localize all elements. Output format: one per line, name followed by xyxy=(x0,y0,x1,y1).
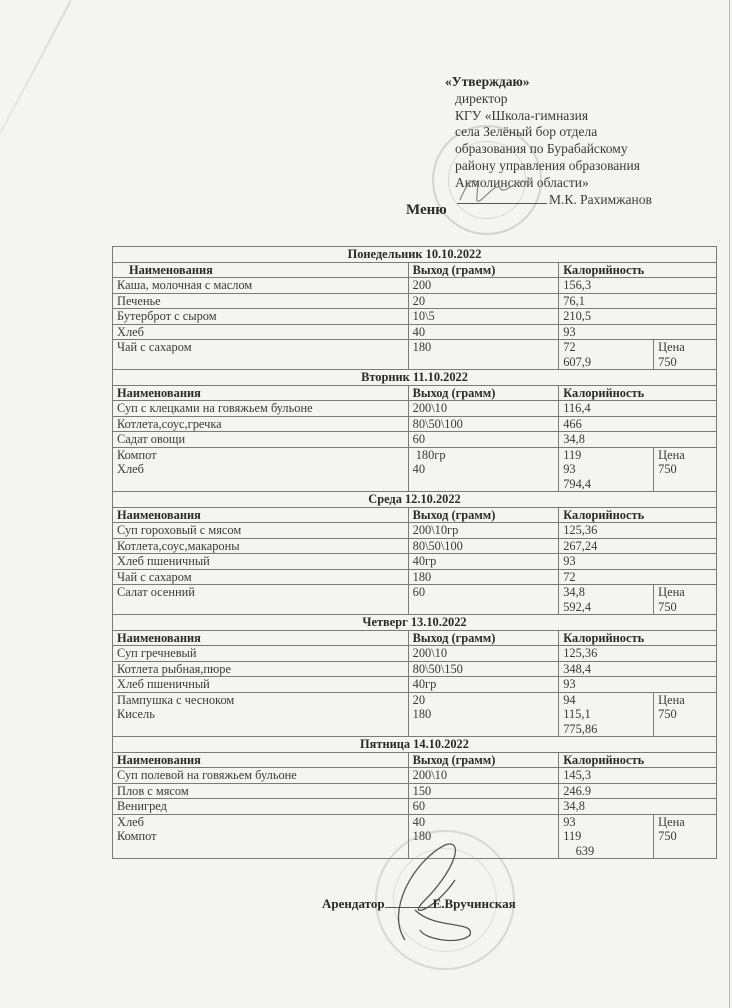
cell-text: 145,3 xyxy=(563,768,712,783)
cell-text: 93 xyxy=(563,325,712,340)
table-row: Котлета рыбная,пюре80\50\150348,4 xyxy=(113,661,717,677)
dish-calories: 125,36 xyxy=(559,646,717,662)
dish-yield: 20 xyxy=(408,293,559,309)
table-row: Венигред6034,8 xyxy=(113,799,717,815)
table-row: Хлеб4093 xyxy=(113,324,717,340)
cell-text: 34,8 xyxy=(563,585,649,600)
cell-text: 246.9 xyxy=(563,784,712,799)
tenant-name: Е.Вручинская xyxy=(433,896,516,911)
column-header-calories: Калорийность xyxy=(559,385,717,401)
column-header-yield: Выход (грамм) xyxy=(408,752,559,768)
cell-text: 116,4 xyxy=(563,401,712,416)
table-row: Каша, молочная с маслом200156,3 xyxy=(113,278,717,294)
approval-line: образования по Бурабайскому xyxy=(445,141,652,158)
cell-text: Печенье xyxy=(117,294,404,309)
price-cell: Цена750 xyxy=(654,447,717,492)
dish-yield: 200\10 xyxy=(408,401,559,417)
column-header-row: НаименованияВыход (грамм)Калорийность xyxy=(113,630,717,646)
table-row: Хлеб пшеничный40гр93 xyxy=(113,677,717,693)
dish-yield: 40гр xyxy=(408,554,559,570)
table-row: Суп полевой на говяжьем бульоне200\10145… xyxy=(113,768,717,784)
cell-text: 34,8 xyxy=(563,432,712,447)
table-row-with-total: Пампушка с чеснокомКисель2018094115,1775… xyxy=(113,692,717,737)
cell-text: Цена xyxy=(658,585,712,600)
approval-line: села Зелёный бор отдела xyxy=(445,124,652,141)
cell-text: 76,1 xyxy=(563,294,712,309)
dish-name: Хлеб пшеничный xyxy=(113,554,409,570)
dish-calories-total: 11993794,4 xyxy=(559,447,654,492)
dish-name: Садат овощи xyxy=(113,432,409,448)
dish-calories: 210,5 xyxy=(559,309,717,325)
cell-text: Плов с мясом xyxy=(117,784,404,799)
cell-text: 180гр xyxy=(413,448,555,463)
cell-text: 20 xyxy=(413,294,555,309)
day-header-row: Среда 12.10.2022 xyxy=(113,492,717,508)
cell-text: 72 xyxy=(563,570,712,585)
cell-text: Венигред xyxy=(117,799,404,814)
dish-name: Суп гороховый с мясом xyxy=(113,523,409,539)
cell-text: 10\5 xyxy=(413,309,555,324)
dish-yield: 200 xyxy=(408,278,559,294)
price-cell: Цена750 xyxy=(654,814,717,859)
table-row: Суп с клецками на говяжьем бульоне200\10… xyxy=(113,401,717,417)
column-header-row: НаименованияВыход (грамм)Калорийность xyxy=(113,752,717,768)
dish-calories: 93 xyxy=(559,554,717,570)
cell-text: 93 xyxy=(563,554,712,569)
cell-text: 93 xyxy=(563,462,649,477)
cell-text: 20 xyxy=(413,693,555,708)
cell-text: 180 xyxy=(413,707,555,722)
cell-text: Пампушка с чесноком xyxy=(117,693,404,708)
cell-text: 40гр xyxy=(413,554,555,569)
cell-text: 200 xyxy=(413,278,555,293)
cell-text: 750 xyxy=(658,829,712,844)
day-title: Вторник 11.10.2022 xyxy=(113,370,717,386)
dish-name: Суп полевой на говяжьем бульоне xyxy=(113,768,409,784)
column-header-calories: Калорийность xyxy=(559,630,717,646)
cell-text: Суп гречневый xyxy=(117,646,404,661)
cell-text: 72 xyxy=(563,340,649,355)
cell-text: Котлета рыбная,пюре xyxy=(117,662,404,677)
cell-text: 125,36 xyxy=(563,646,712,661)
dish-yield: 20180 xyxy=(408,692,559,737)
cell-text: 750 xyxy=(658,707,712,722)
dish-name: Печенье xyxy=(113,293,409,309)
cell-text: 180 xyxy=(413,340,555,355)
cell-text: Компот xyxy=(117,829,404,844)
dish-calories-total: 94115,1775,86 xyxy=(559,692,654,737)
dish-name: Котлета рыбная,пюре xyxy=(113,661,409,677)
table-row: Котлета,соус,гречка80\50\100466 xyxy=(113,416,717,432)
dish-name: Бутерброт с сыром xyxy=(113,309,409,325)
cell-text: 200\10 xyxy=(413,646,555,661)
cell-text: Бутерброт с сыром xyxy=(117,309,404,324)
cell-text: 34,8 xyxy=(563,799,712,814)
cell-text: 200\10гр xyxy=(413,523,555,538)
table-row: Бутерброт с сыром10\5210,5 xyxy=(113,309,717,325)
cell-text: 775,86 xyxy=(563,722,649,737)
dish-yield: 200\10 xyxy=(408,646,559,662)
dish-name: Чай с сахаром xyxy=(113,569,409,585)
cell-text: 80\50\100 xyxy=(413,539,555,554)
cell-text: Компот xyxy=(117,448,404,463)
cell-text: Салат осенний xyxy=(117,585,404,600)
table-row-with-total: Чай с сахаром18072607,9Цена750 xyxy=(113,340,717,370)
price-cell: Цена750 xyxy=(654,585,717,615)
cell-text: Цена xyxy=(658,693,712,708)
cell-text: 125,36 xyxy=(563,523,712,538)
cell-text: 60 xyxy=(413,585,555,600)
dish-name: Хлеб пшеничный xyxy=(113,677,409,693)
column-header-yield: Выход (грамм) xyxy=(408,262,559,278)
signature-line xyxy=(385,907,433,908)
menu-table: Понедельник 10.10.2022НаименованияВыход … xyxy=(112,246,717,859)
page-title: Меню xyxy=(406,202,447,219)
dish-yield: 80\50\100 xyxy=(408,416,559,432)
cell-text: Каша, молочная с маслом xyxy=(117,278,404,293)
dish-name: Хлеб xyxy=(113,324,409,340)
dish-name: КомпотХлеб xyxy=(113,447,409,492)
cell-text: Суп гороховый с мясом xyxy=(117,523,404,538)
dish-calories-total: 34,8592,4 xyxy=(559,585,654,615)
dish-calories: 348,4 xyxy=(559,661,717,677)
day-header-row: Четверг 13.10.2022 xyxy=(113,615,717,631)
column-header-yield: Выход (грамм) xyxy=(408,630,559,646)
dish-calories: 116,4 xyxy=(559,401,717,417)
cell-text: 80\50\150 xyxy=(413,662,555,677)
table-row: Чай с сахаром18072 xyxy=(113,569,717,585)
dish-yield: 10\5 xyxy=(408,309,559,325)
dish-calories: 145,3 xyxy=(559,768,717,784)
column-header-name: Наименования xyxy=(113,507,409,523)
approval-line: КГУ «Школа-гимназия xyxy=(445,108,652,125)
price-cell: Цена750 xyxy=(654,692,717,737)
table-row-with-total: КомпотХлеб 180гр4011993794,4Цена750 xyxy=(113,447,717,492)
cell-text: Кисель xyxy=(117,707,404,722)
day-title: Понедельник 10.10.2022 xyxy=(113,247,717,263)
column-header-row: НаименованияВыход (грамм)Калорийность xyxy=(113,507,717,523)
cell-text: 180 xyxy=(413,570,555,585)
cell-text: 119 xyxy=(563,829,649,844)
column-header-name: Наименования xyxy=(113,385,409,401)
approval-title: «Утверждаю» xyxy=(445,74,652,91)
dish-yield: 180 xyxy=(408,569,559,585)
day-header-row: Вторник 11.10.2022 xyxy=(113,370,717,386)
cell-text: 156,3 xyxy=(563,278,712,293)
cell-text: 267,24 xyxy=(563,539,712,554)
column-header-calories: Калорийность xyxy=(559,262,717,278)
column-header-name: Наименования xyxy=(113,752,409,768)
cell-text: 794,4 xyxy=(563,477,649,492)
column-header-name: Наименования xyxy=(113,630,409,646)
column-header-row: НаименованияВыход (грамм)Калорийность xyxy=(113,385,717,401)
dish-calories: 466 xyxy=(559,416,717,432)
cell-text: 750 xyxy=(658,600,712,615)
day-title: Пятница 14.10.2022 xyxy=(113,737,717,753)
dish-name: Котлета,соус,макароны xyxy=(113,538,409,554)
column-header-calories: Калорийность xyxy=(559,507,717,523)
dish-yield: 180 xyxy=(408,340,559,370)
dish-yield: 200\10 xyxy=(408,768,559,784)
table-row: Садат овощи6034,8 xyxy=(113,432,717,448)
cell-text: 80\50\100 xyxy=(413,417,555,432)
column-header-row: НаименованияВыход (грамм)Калорийность xyxy=(113,262,717,278)
cell-text: 639 xyxy=(563,844,649,859)
dish-calories: 93 xyxy=(559,324,717,340)
cell-text: 607,9 xyxy=(563,355,649,370)
cell-text: 210,5 xyxy=(563,309,712,324)
dish-calories: 34,8 xyxy=(559,432,717,448)
cell-text: 200\10 xyxy=(413,401,555,416)
table-row: Печенье2076,1 xyxy=(113,293,717,309)
cell-text: Чай с сахаром xyxy=(117,340,404,355)
dish-yield: 200\10гр xyxy=(408,523,559,539)
dish-name: Салат осенний xyxy=(113,585,409,615)
dish-calories: 246.9 xyxy=(559,783,717,799)
dish-name: Чай с сахаром xyxy=(113,340,409,370)
cell-text: 592,4 xyxy=(563,600,649,615)
dish-calories: 93 xyxy=(559,677,717,693)
column-header-yield: Выход (грамм) xyxy=(408,385,559,401)
cell-text: 60 xyxy=(413,799,555,814)
dish-name: Каша, молочная с маслом xyxy=(113,278,409,294)
dish-calories: 267,24 xyxy=(559,538,717,554)
cell-text: 466 xyxy=(563,417,712,432)
price-cell: Цена750 xyxy=(654,340,717,370)
cell-text: Цена xyxy=(658,815,712,830)
day-header-row: Понедельник 10.10.2022 xyxy=(113,247,717,263)
cell-text: 60 xyxy=(413,432,555,447)
scan-artifact-line xyxy=(0,0,72,266)
cell-text: 750 xyxy=(658,462,712,477)
dish-name: Венигред xyxy=(113,799,409,815)
cell-text: 40 xyxy=(413,325,555,340)
dish-yield: 150 xyxy=(408,783,559,799)
day-title: Четверг 13.10.2022 xyxy=(113,615,717,631)
dish-name: Суп с клецками на говяжьем бульоне xyxy=(113,401,409,417)
dish-name: ХлебКомпот xyxy=(113,814,409,859)
dish-calories: 125,36 xyxy=(559,523,717,539)
cell-text: Цена xyxy=(658,340,712,355)
dish-yield: 40гр xyxy=(408,677,559,693)
cell-text: 150 xyxy=(413,784,555,799)
dish-yield: 60 xyxy=(408,432,559,448)
approval-signer: М.К. Рахимжанов xyxy=(549,192,652,207)
table-row: Хлеб пшеничный40гр93 xyxy=(113,554,717,570)
cell-text: 40гр xyxy=(413,677,555,692)
cell-text: Хлеб xyxy=(117,462,404,477)
dish-yield: 80\50\100 xyxy=(408,538,559,554)
cell-text: Котлета,соус,макароны xyxy=(117,539,404,554)
dish-calories: 34,8 xyxy=(559,799,717,815)
tenant-signature-block: АрендаторЕ.Вручинская xyxy=(322,896,516,912)
approval-line: директор xyxy=(445,91,652,108)
director-signature-icon xyxy=(455,170,535,210)
cell-text: Суп полевой на говяжьем бульоне xyxy=(117,768,404,783)
dish-name: Плов с мясом xyxy=(113,783,409,799)
tenant-signature-icon xyxy=(375,840,495,950)
dish-calories: 156,3 xyxy=(559,278,717,294)
cell-text: 40 xyxy=(413,815,555,830)
dish-name: Суп гречневый xyxy=(113,646,409,662)
dish-name: Пампушка с чеснокомКисель xyxy=(113,692,409,737)
cell-text: Хлеб xyxy=(117,325,404,340)
cell-text: 115,1 xyxy=(563,707,649,722)
tenant-role: Арендатор xyxy=(322,896,385,911)
dish-calories-total: 93119 639 xyxy=(559,814,654,859)
cell-text: 93 xyxy=(563,677,712,692)
dish-yield: 60 xyxy=(408,585,559,615)
cell-text: 750 xyxy=(658,355,712,370)
cell-text: Хлеб пшеничный xyxy=(117,554,404,569)
table-row: Суп гречневый200\10125,36 xyxy=(113,646,717,662)
day-title: Среда 12.10.2022 xyxy=(113,492,717,508)
dish-yield: 60 xyxy=(408,799,559,815)
cell-text: Хлеб пшеничный xyxy=(117,677,404,692)
cell-text: Суп с клецками на говяжьем бульоне xyxy=(117,401,404,416)
cell-text: Чай с сахаром xyxy=(117,570,404,585)
dish-yield: 40 xyxy=(408,324,559,340)
cell-text: 40 xyxy=(413,462,555,477)
dish-yield: 80\50\150 xyxy=(408,661,559,677)
dish-name: Котлета,соус,гречка xyxy=(113,416,409,432)
column-header-yield: Выход (грамм) xyxy=(408,507,559,523)
cell-text: 348,4 xyxy=(563,662,712,677)
column-header-calories: Калорийность xyxy=(559,752,717,768)
cell-text: Хлеб xyxy=(117,815,404,830)
page-edge xyxy=(729,0,730,1008)
cell-text: 200\10 xyxy=(413,768,555,783)
cell-text: Цена xyxy=(658,448,712,463)
cell-text: 93 xyxy=(563,815,649,830)
cell-text: 119 xyxy=(563,448,649,463)
column-header-name: Наименования xyxy=(113,262,409,278)
cell-text: Садат овощи xyxy=(117,432,404,447)
table-row-with-total: Салат осенний6034,8592,4Цена750 xyxy=(113,585,717,615)
dish-calories: 76,1 xyxy=(559,293,717,309)
dish-yield: 180гр40 xyxy=(408,447,559,492)
day-header-row: Пятница 14.10.2022 xyxy=(113,737,717,753)
dish-calories-total: 72607,9 xyxy=(559,340,654,370)
table-row: Суп гороховый с мясом200\10гр125,36 xyxy=(113,523,717,539)
cell-text: 94 xyxy=(563,693,649,708)
cell-text: Котлета,соус,гречка xyxy=(117,417,404,432)
dish-calories: 72 xyxy=(559,569,717,585)
table-row: Котлета,соус,макароны80\50\100267,24 xyxy=(113,538,717,554)
table-row: Плов с мясом150246.9 xyxy=(113,783,717,799)
